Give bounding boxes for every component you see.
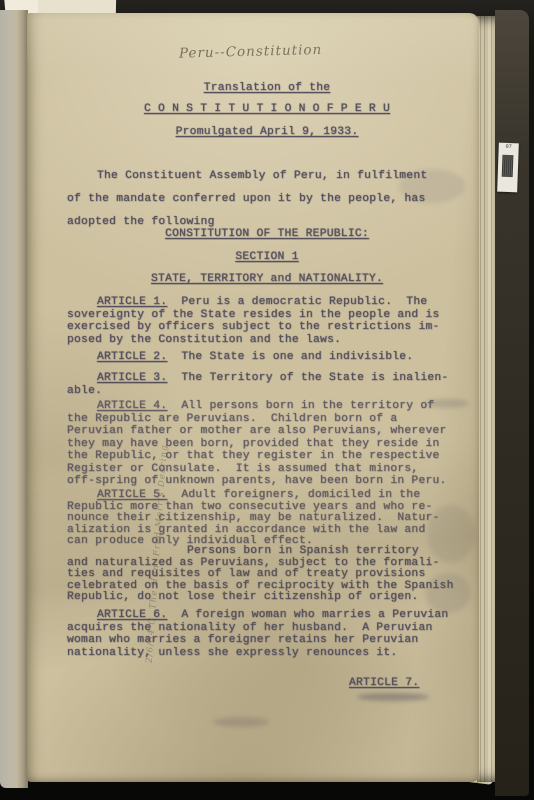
heading-constitution-title: C O N S T I T U T I O N O F P E R U [67,103,467,115]
article-6-label: ARTICLE 6. [97,609,167,621]
article-1: ARTICLE 1. Peru is a democratic Republic… [67,296,467,346]
article-3: ARTICLE 3. The Territory of the State is… [67,372,467,397]
article-3-label: ARTICLE 3. [97,372,167,384]
ink-bleed-smudge [213,717,269,727]
article-4: ARTICLE 4. All persons born in the terri… [67,400,467,488]
ink-bleed-smudge [425,399,469,408]
barcode [502,155,514,177]
heading-promulgated: Promulgated April 9, 1933. [67,126,467,138]
article-4-text: All persons born in the territory of the… [67,400,447,487]
footer-article-7: ARTICLE 7. [349,677,419,689]
ink-bleed-smudge [427,505,475,563]
book-gutter-page-edge [0,10,28,788]
article-6: ARTICLE 6. A foreign woman who marries a… [67,609,467,659]
article-2-label: ARTICLE 2. [97,351,167,363]
article-5: ARTICLE 5. Adult foreigners, domiciled i… [67,490,467,548]
book-cover [495,10,529,796]
handwritten-title: Peru--Constitution [179,40,379,61]
heading-section-1: SECTION 1 [67,251,467,263]
article-2-text: The State is one and indivisible. [167,351,413,363]
heading-translation: Translation of the [67,82,467,94]
ink-bleed-smudge [399,169,465,203]
fanned-page-edges [477,16,497,782]
document-page: Peru--Constitution 2/6/34 G. The Hon. Fr… [27,13,479,782]
article-1-label: ARTICLE 1. [97,296,167,308]
article-4-label: ARTICLE 4. [97,400,167,412]
article-5-label: ARTICLE 5. [97,489,167,501]
scanned-book-photo: 07 Peru--Constitution 2/6/34 G. The Hon.… [0,0,534,800]
ink-bleed-smudge [357,693,429,701]
heading-state-territory: STATE, TERRITORY and NATIONALITY. [67,273,467,285]
catalog-sticker: 07 [497,143,519,193]
article-5-paragraph-2: Persons born in Spanish territory and na… [67,546,467,604]
ink-bleed-smudge [425,573,471,613]
article-2: ARTICLE 2. The State is one and indivisi… [67,351,467,364]
sticker-number: 07 [500,143,518,150]
heading-republic: CONSTITUTION OF THE REPUBLIC: [67,228,467,240]
